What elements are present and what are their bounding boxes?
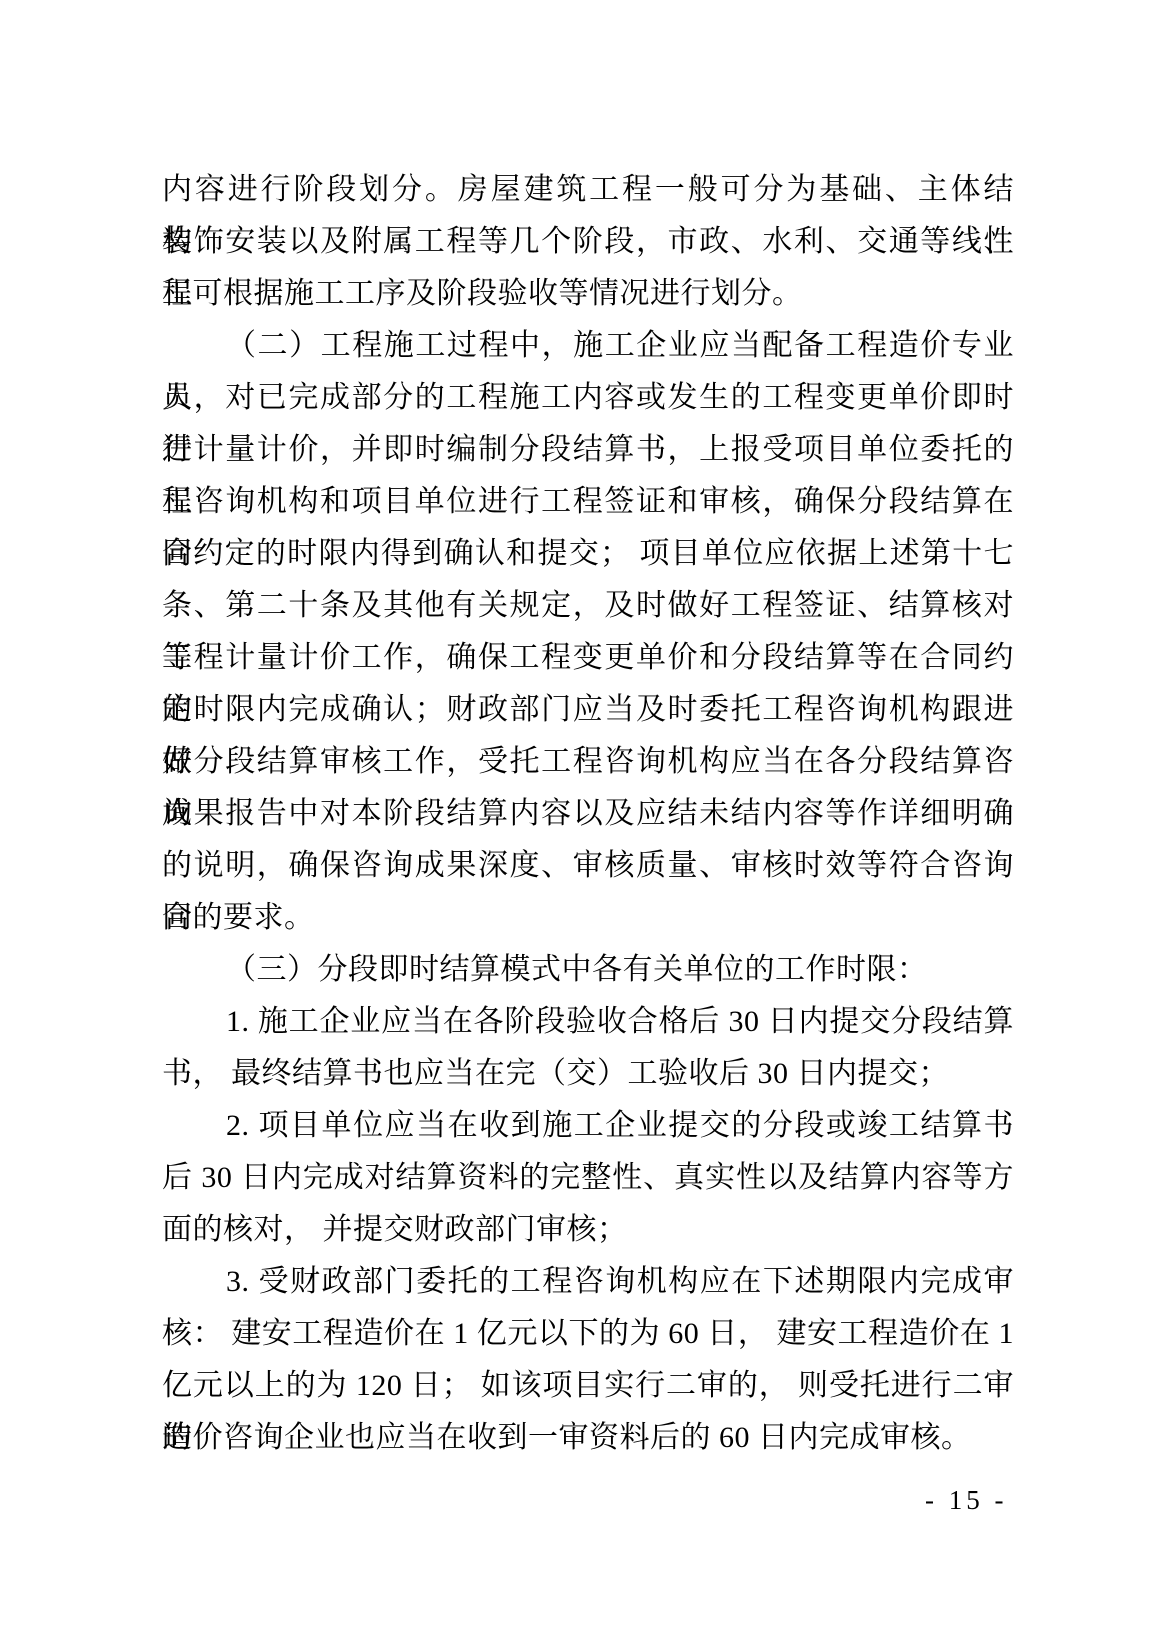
text-line: 条、第二十条及其他有关规定，及时做好工程签证、结算核对等 xyxy=(162,580,1014,632)
text-line: 1. 施工企业应当在各阶段验收合格后 30 日内提交分段结算 xyxy=(162,996,1014,1048)
text-line: 行计量计价，并即时编制分段结算书，上报受项目单位委托的工 xyxy=(162,424,1014,476)
text-line: 核： 建安工程造价在 1 亿元以下的为 60 日， 建安工程造价在 1 xyxy=(162,1308,1014,1360)
text-line: 书， 最终结算书也应当在完（交）工验收后 30 日内提交； xyxy=(162,1048,1014,1100)
text-line: 程咨询机构和项目单位进行工程签证和审核，确保分段结算在合 xyxy=(162,476,1014,528)
text-line: 亿元以上的为 120 日； 如该项目实行二审的， 则受托进行二审的 xyxy=(162,1360,1014,1412)
text-line: 3. 受财政部门委托的工程咨询机构应在下述期限内完成审 xyxy=(162,1256,1014,1308)
text-line: 2. 项目单位应当在收到施工企业提交的分段或竣工结算书 xyxy=(162,1100,1014,1152)
text-line: 面的核对， 并提交财政部门审核； xyxy=(162,1204,1014,1256)
text-line: 的时限内完成确认；财政部门应当及时委托工程咨询机构跟进做 xyxy=(162,684,1014,736)
text-line: 后 30 日内完成对结算资料的完整性、真实性以及结算内容等方 xyxy=(162,1152,1014,1204)
text-line: 同的要求。 xyxy=(162,892,1014,944)
text-line: 同约定的时限内得到确认和提交； 项目单位应依据上述第十七 xyxy=(162,528,1014,580)
text-line: 造价咨询企业也应当在收到一审资料后的 60 日内完成审核。 xyxy=(162,1412,1014,1464)
text-line: （三）分段即时结算模式中各有关单位的工作时限： xyxy=(162,944,1014,996)
document-page: 内容进行阶段划分。房屋建筑工程一般可分为基础、主体结构、 装饰安装以及附属工程等… xyxy=(0,0,1157,1637)
document-body: 内容进行阶段划分。房屋建筑工程一般可分为基础、主体结构、 装饰安装以及附属工程等… xyxy=(162,164,1014,1464)
text-line: 内容进行阶段划分。房屋建筑工程一般可分为基础、主体结构、 xyxy=(162,164,1014,216)
text-line: 成果报告中对本阶段结算内容以及应结未结内容等作详细明确 xyxy=(162,788,1014,840)
text-line: （二）工程施工过程中，施工企业应当配备工程造价专业人 xyxy=(162,320,1014,372)
page-number: - 15 - xyxy=(925,1485,1007,1516)
text-line: 好分段结算审核工作，受托工程咨询机构应当在各分段结算咨询 xyxy=(162,736,1014,788)
text-line: 装饰安装以及附属工程等几个阶段，市政、水利、交通等线性工 xyxy=(162,216,1014,268)
text-line: 的说明，确保咨询成果深度、审核质量、审核时效等符合咨询合 xyxy=(162,840,1014,892)
text-line: 工程计量计价工作，确保工程变更单价和分段结算等在合同约定 xyxy=(162,632,1014,684)
text-line: 员，对已完成部分的工程施工内容或发生的工程变更单价即时进 xyxy=(162,372,1014,424)
text-line: 程可根据施工工序及阶段验收等情况进行划分。 xyxy=(162,268,1014,320)
